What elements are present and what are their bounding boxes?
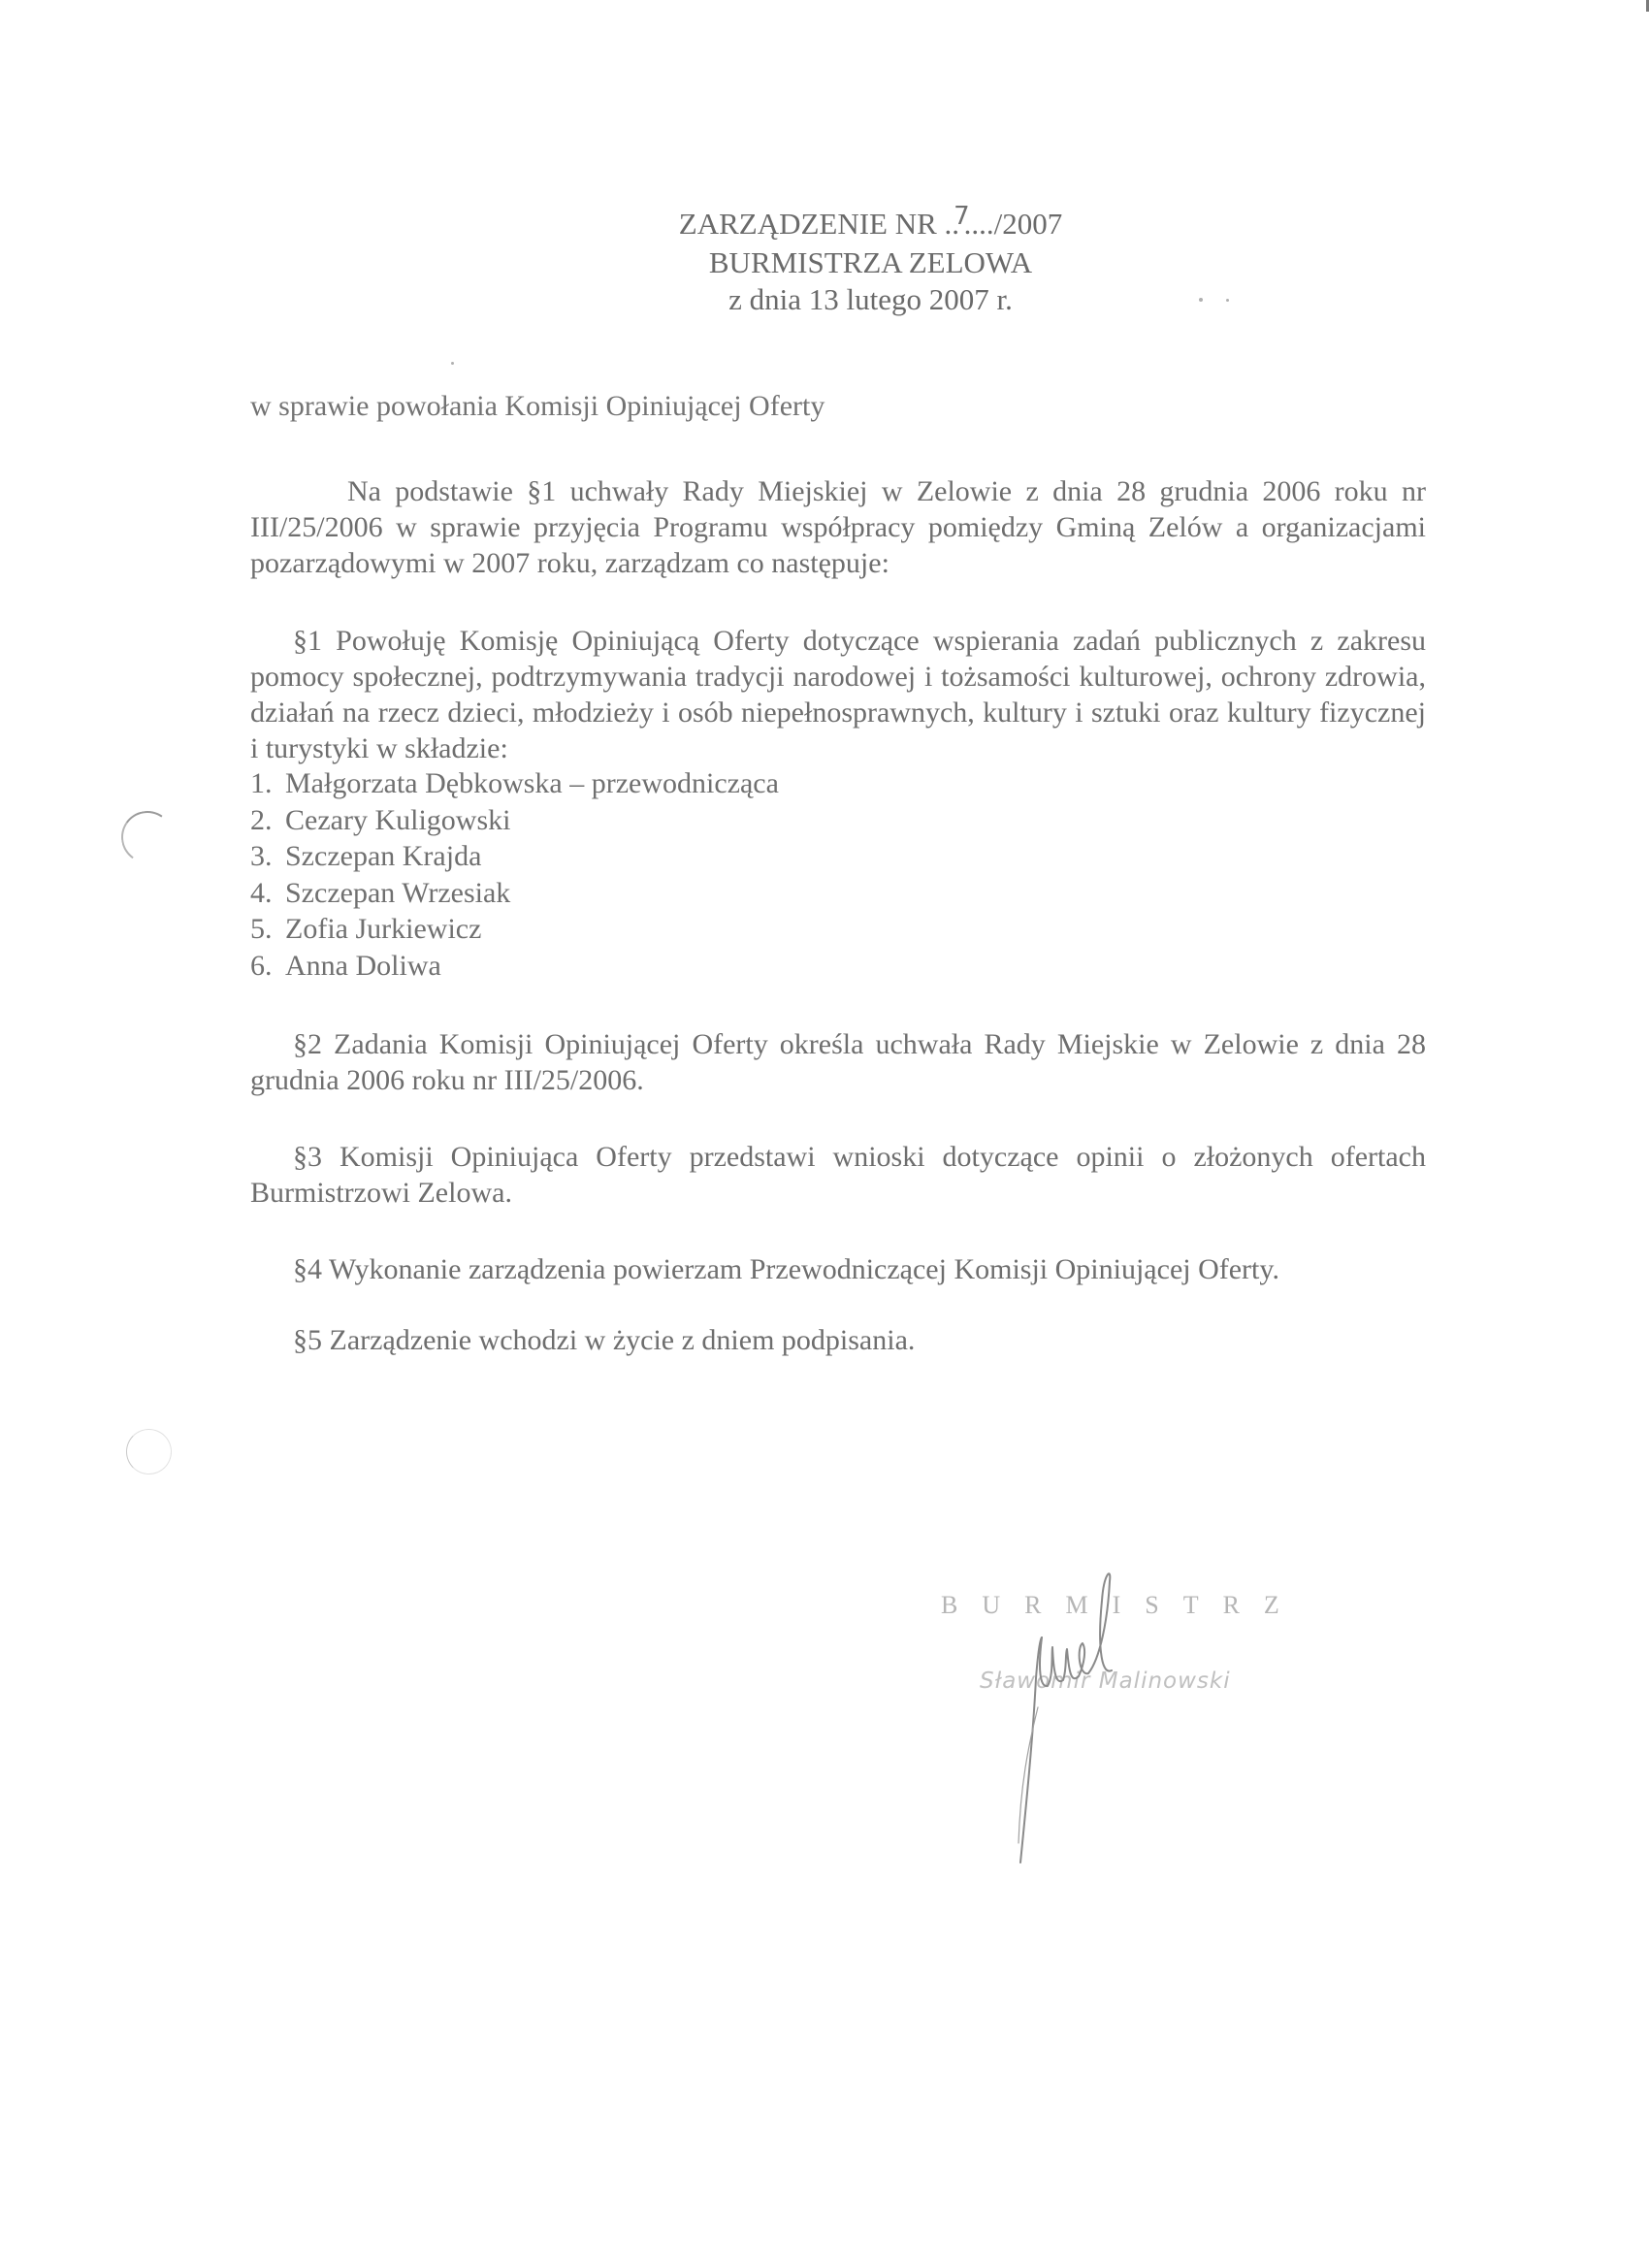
- document-subject: w sprawie powołania Komisji Opiniującej …: [250, 390, 824, 423]
- scanned-document-page: ZARZĄDZENIE NR ..7..../2007 BURMISTRZA Z…: [0, 0, 1649, 2268]
- handwritten-signature-icon: [999, 1562, 1193, 1872]
- section-5: §5 Zarządzenie wchodzi w życie z dniem p…: [293, 1322, 1457, 1358]
- list-item: 5.Zofia Jurkiewicz: [250, 911, 779, 948]
- intro-paragraph: Na podstawie §1 uchwały Rady Miejskiej w…: [250, 473, 1426, 581]
- title-prefix: ZARZĄDZENIE NR ..: [679, 207, 959, 241]
- list-item: 4.Szczepan Wrzesiak: [250, 875, 779, 912]
- section-2-text: §2 Zadania Komisji Opiniującej Oferty ok…: [250, 1028, 1426, 1096]
- section-1: §1 Powołuję Komisję Opiniującą Oferty do…: [250, 623, 1426, 766]
- list-item: 6.Anna Doliwa: [250, 948, 779, 985]
- member-name: Szczepan Krajda: [285, 840, 481, 872]
- section-2: §2 Zadania Komisji Opiniującej Oferty ok…: [250, 1026, 1426, 1098]
- member-number: 2.: [250, 802, 285, 839]
- scan-speck: [451, 362, 454, 365]
- document-header: ZARZĄDZENIE NR ..7..../2007 BURMISTRZA Z…: [0, 206, 1649, 318]
- member-name: Małgorzata Dębkowska – przewodnicząca: [285, 767, 779, 799]
- section-1-text: §1 Powołuję Komisję Opiniującą Oferty do…: [250, 625, 1426, 764]
- committee-members-list: 1.Małgorzata Dębkowska – przewodnicząca …: [250, 765, 779, 984]
- member-number: 6.: [250, 948, 285, 985]
- member-name: Anna Doliwa: [285, 950, 441, 982]
- list-item: 1.Małgorzata Dębkowska – przewodnicząca: [250, 765, 779, 802]
- member-number: 5.: [250, 911, 285, 948]
- member-number: 1.: [250, 765, 285, 802]
- document-date: z dnia 13 lutego 2007 r.: [0, 281, 1649, 318]
- title-suffix: ..../2007: [964, 207, 1063, 241]
- handwritten-number: 7: [954, 198, 970, 235]
- list-item: 2.Cezary Kuligowski: [250, 802, 779, 839]
- section-4: §4 Wykonanie zarządzenia powierzam Przew…: [293, 1251, 1457, 1287]
- member-name: Zofia Jurkiewicz: [285, 913, 481, 945]
- list-item: 3.Szczepan Krajda: [250, 838, 779, 875]
- member-number: 3.: [250, 838, 285, 875]
- section-3: §3 Komisji Opiniująca Oferty przedstawi …: [250, 1139, 1426, 1211]
- punch-hole-mark-icon: [126, 1429, 172, 1474]
- issuer: BURMISTRZA ZELOWA: [0, 244, 1649, 281]
- punch-hole-mark-icon: [117, 807, 178, 868]
- member-number: 4.: [250, 875, 285, 912]
- member-name: Cezary Kuligowski: [285, 804, 510, 836]
- ordinance-title: ZARZĄDZENIE NR ..7..../2007: [0, 206, 1649, 244]
- intro-text: Na podstawie §1 uchwały Rady Miejskiej w…: [250, 475, 1426, 579]
- member-name: Szczepan Wrzesiak: [285, 877, 510, 909]
- section-3-text: §3 Komisji Opiniująca Oferty przedstawi …: [250, 1141, 1426, 1209]
